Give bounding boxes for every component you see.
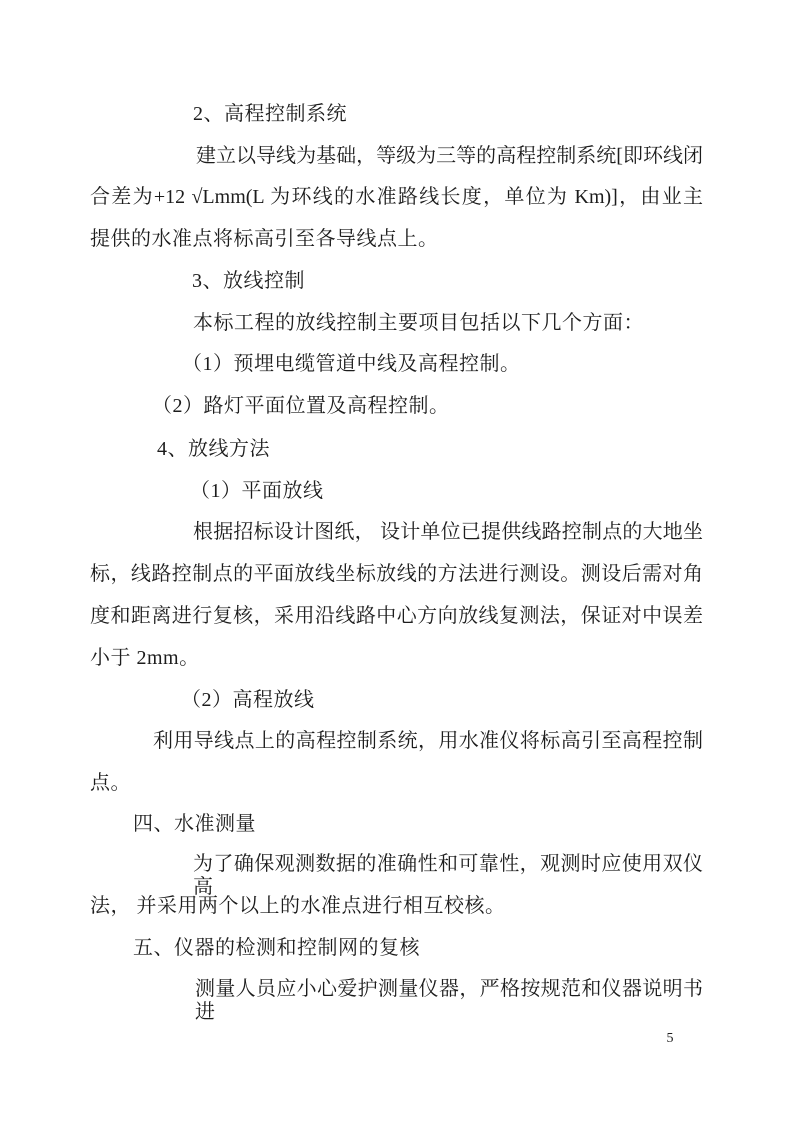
text-line: 本标工程的放线控制主要项目包括以下几个方面：	[193, 312, 644, 335]
text-line: （1）预埋电缆管道中线及高程控制。	[182, 353, 521, 376]
text-line: 标，线路控制点的平面放线坐标放线的方法进行测设。测设后需对角	[90, 563, 703, 586]
text-line: 测量人员应小心爱护测量仪器，严格按规范和仪器说明书进	[195, 978, 703, 1024]
text-line: 为了确保观测数据的准确性和可靠性，观测时应使用双仪高	[193, 853, 703, 899]
text-line: 4、放线方法	[157, 438, 270, 461]
text-line: 四、水准测量	[133, 813, 256, 836]
text-line: 点。	[90, 772, 131, 795]
text-line: 3、放线控制	[192, 270, 305, 293]
text-line: 根据招标设计图纸， 设计单位已提供线路控制点的大地坐	[193, 521, 703, 544]
text-line: 度和距离进行复核，采用沿线路中心方向放线复测法，保证对中误差	[90, 605, 703, 628]
text-line: （2）路灯平面位置及高程控制。	[152, 395, 450, 418]
text-line: （2）高程放线	[181, 689, 315, 712]
text-line: 利用导线点上的高程控制系统，用水准仪将标高引至高程控制	[153, 730, 703, 753]
text-line: 2、高程控制系统	[193, 103, 347, 126]
text-line: 小于 2mm。	[90, 647, 200, 670]
text-line: （1）平面放线	[190, 480, 324, 503]
text-line: 建立以导线为基础，等级为三等的高程控制系统[即环线闭	[196, 145, 703, 168]
text-line: 五、仪器的检测和控制网的复核	[133, 937, 420, 960]
text-line: 法， 并采用两个以上的水准点进行相互校核。	[90, 895, 506, 918]
text-line: 提供的水准点将标高引至各导线点上。	[90, 228, 439, 251]
text-line: 合差为+12 √Lmm(L 为环线的水准路线长度，单位为 Km)]，由业主	[90, 186, 703, 209]
document-page: 2、高程控制系统建立以导线为基础，等级为三等的高程控制系统[即环线闭合差为+12…	[0, 0, 793, 1122]
page-number: 5	[660, 1031, 680, 1047]
